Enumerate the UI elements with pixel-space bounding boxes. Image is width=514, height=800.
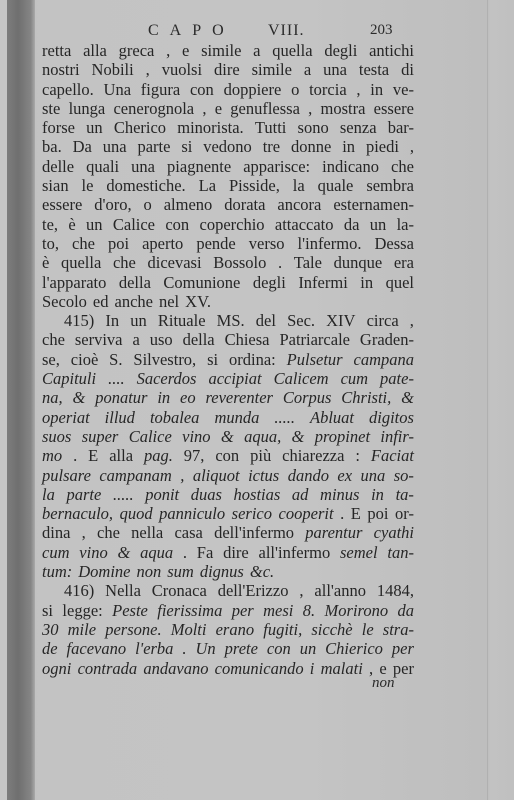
- word: in: [370, 80, 383, 99]
- word: Chierico: [325, 639, 383, 658]
- word: munda: [214, 408, 259, 427]
- word: ,: [202, 99, 206, 118]
- word: dicevasi: [147, 253, 201, 272]
- word: della: [183, 330, 215, 349]
- word: In: [105, 311, 119, 330]
- word: l'erba: [135, 639, 173, 658]
- text-line: na,&ponaturineoreverenterCorpusChristi,&: [42, 388, 414, 407]
- word: di: [401, 60, 414, 79]
- word: tum:: [42, 562, 72, 581]
- word: l'apparato: [42, 273, 106, 292]
- text-line: se,cioèS.Silvestro,siordina:Pulseturcamp…: [42, 350, 414, 369]
- word: parte: [66, 485, 101, 504]
- word: una: [103, 137, 127, 156]
- word: digitos: [369, 408, 414, 427]
- word: ,: [308, 99, 312, 118]
- word: de: [42, 639, 58, 658]
- text-line: dina,chenellacasadell'infermoparenturcya…: [42, 523, 414, 542]
- word: in: [371, 485, 384, 504]
- word: contrada: [78, 659, 138, 678]
- word: Chiesa: [225, 330, 270, 349]
- word: nostri: [42, 60, 80, 79]
- word: ,: [299, 581, 303, 600]
- word: andavano: [143, 659, 208, 678]
- word: anche: [115, 292, 153, 311]
- word: XV.: [185, 292, 211, 311]
- text-line: ognicontradaandavanocomunicandoimalati,e…: [42, 659, 414, 678]
- word: ,: [410, 137, 414, 156]
- word: La: [199, 176, 216, 195]
- word: accipiat: [208, 369, 261, 388]
- word: Una: [104, 80, 132, 99]
- word: Bossolo: [213, 253, 266, 272]
- word: &: [117, 543, 130, 562]
- word: essere: [42, 195, 82, 214]
- word: parte: [137, 137, 170, 156]
- word: la-: [397, 215, 414, 234]
- word: hostias: [234, 485, 281, 504]
- text-line: nostriNobili,vuolsidiresimileaunatestadi: [42, 60, 414, 79]
- text-line: rettaallagreca,esimileaquelladegliantich…: [42, 41, 414, 60]
- word: che: [97, 523, 120, 542]
- word: vuolsi: [162, 60, 202, 79]
- word: antichi: [369, 41, 414, 60]
- paper-fold-line: [487, 0, 488, 800]
- text-line: stelungacenerognola,egenuflessa,mostraes…: [42, 99, 414, 118]
- word: si: [207, 350, 218, 369]
- word: E: [351, 504, 361, 523]
- word: Silvestro,: [133, 350, 196, 369]
- word: che: [113, 253, 136, 272]
- word: circa: [367, 311, 399, 330]
- text-line: cheservivaausodellaChiesaPatriarcaleGrad…: [42, 330, 414, 349]
- word: degli: [324, 41, 357, 60]
- word: Calicem: [274, 369, 329, 388]
- word: Molti: [171, 620, 207, 639]
- word: mesi: [263, 601, 293, 620]
- word: .: [278, 253, 282, 272]
- word: si: [42, 601, 53, 620]
- word: &: [221, 427, 234, 446]
- word: era: [394, 253, 414, 272]
- word: le: [82, 176, 94, 195]
- word: campana: [354, 350, 415, 369]
- word: apparisce:: [243, 157, 310, 176]
- word: mo: [42, 446, 62, 465]
- word: panniculo: [159, 504, 225, 523]
- word: sian: [42, 176, 69, 195]
- word: per: [232, 601, 254, 620]
- word: chiarezza: [282, 446, 344, 465]
- word: &: [401, 388, 414, 407]
- word: poi: [367, 504, 388, 523]
- word: è: [68, 215, 75, 234]
- word: :: [355, 446, 360, 465]
- word: serico: [232, 504, 272, 523]
- word: fierissima: [157, 601, 222, 620]
- word: Peste: [112, 601, 148, 620]
- word: del: [256, 311, 276, 330]
- word: in: [360, 273, 373, 292]
- word: facevano: [67, 639, 127, 658]
- word: Nella: [105, 581, 141, 600]
- text-line: mo.Eallapag.97,conpiùchiarezza:Faciat: [42, 446, 414, 465]
- word: e: [215, 99, 222, 118]
- book-page: CAPO VIII. 203 rettaallagreca,esimileaqu…: [0, 0, 514, 800]
- word: con: [190, 80, 214, 99]
- word: erano: [216, 620, 255, 639]
- word: simile: [252, 60, 292, 79]
- word: lunga: [69, 99, 106, 118]
- word: da: [344, 215, 360, 234]
- word: so-: [394, 466, 414, 485]
- word: donne: [291, 137, 331, 156]
- word: l'infermo.: [298, 234, 362, 253]
- word: minorista.: [177, 118, 243, 137]
- word: degli: [253, 273, 286, 292]
- word: dorata: [224, 195, 265, 214]
- word: essere: [374, 99, 414, 118]
- word: operiat: [42, 408, 90, 427]
- word: più: [250, 446, 271, 465]
- word: ponatur: [95, 388, 147, 407]
- word: ste: [42, 99, 60, 118]
- word: in: [157, 388, 170, 407]
- word: all'anno: [314, 581, 366, 600]
- word: piagnente: [167, 157, 231, 176]
- word: aliquot: [193, 466, 240, 485]
- word: alla: [109, 446, 133, 465]
- word: Christi,: [341, 388, 391, 407]
- catchword: non: [372, 675, 395, 692]
- word: dire: [214, 60, 240, 79]
- word: quale: [318, 176, 354, 195]
- word: simile: [201, 41, 241, 60]
- word: Corpus: [283, 388, 332, 407]
- word: minus: [320, 485, 359, 504]
- word: cioè: [71, 350, 98, 369]
- text-line: dellequaliunapiagnenteapparisce:indicano…: [42, 157, 414, 176]
- word: uso: [150, 330, 173, 349]
- word: nel: [159, 292, 179, 311]
- text-line: l'apparatodellaComunionedegliInfermiinqu…: [42, 273, 414, 292]
- text-line: pulsarecampanam,aliquotictusdandoexunaso…: [42, 466, 414, 485]
- word: Sacerdos: [137, 369, 197, 388]
- word: Fa: [197, 543, 214, 562]
- word: ponit: [145, 485, 179, 504]
- word: un: [300, 639, 317, 658]
- word: un: [130, 311, 147, 330]
- word: ancora: [277, 195, 321, 214]
- word: aqua,: [244, 427, 281, 446]
- word: che: [391, 157, 414, 176]
- word: MS.: [217, 311, 245, 330]
- word: ,: [146, 60, 150, 79]
- word: .....: [113, 485, 134, 504]
- word: XIV: [326, 311, 355, 330]
- word: bar-: [388, 118, 414, 137]
- word: Abluat: [310, 408, 354, 427]
- word: tan-: [387, 543, 414, 562]
- text-line: 416)NellaCronacadell'Erizzo,all'anno1484…: [42, 581, 414, 600]
- word: Calice: [129, 427, 172, 446]
- word: Domine: [78, 562, 130, 581]
- text-line: 30milepersone.Moltieranofugiti,sicchèles…: [42, 620, 414, 639]
- word: pulsare: [42, 466, 91, 485]
- word: che: [72, 234, 95, 253]
- word: a: [132, 330, 139, 349]
- word: suos: [42, 427, 71, 446]
- word: mile: [68, 620, 96, 639]
- word: senza: [340, 118, 377, 137]
- word: &: [72, 388, 85, 407]
- word: prete: [225, 639, 258, 658]
- word: ex: [337, 466, 352, 485]
- word: torcia: [309, 80, 347, 99]
- word: quella: [272, 41, 312, 60]
- word: quali: [86, 157, 119, 176]
- word: super: [82, 427, 119, 446]
- word: 30: [42, 620, 59, 639]
- word: un: [86, 215, 103, 234]
- word: a: [253, 41, 260, 60]
- text-line: operiatilludtobaleamunda.....Abluatdigit…: [42, 408, 414, 427]
- word: Dessa: [375, 234, 414, 253]
- word: dell'Erizzo: [218, 581, 289, 600]
- word: S.: [109, 350, 122, 369]
- word: bernaculo,: [42, 504, 113, 523]
- word: attaccato: [275, 215, 334, 234]
- text-line: SecoloedanchenelXV.: [42, 292, 414, 311]
- word: Capituli: [42, 369, 96, 388]
- text-line: to,chepoiapertopendeversol'infermo.Dessa: [42, 234, 414, 253]
- word: to,: [42, 234, 59, 253]
- word: sembra: [366, 176, 414, 195]
- word: Faciat: [371, 446, 414, 465]
- word: semel: [340, 543, 378, 562]
- word: poi: [108, 234, 129, 253]
- word: alla: [83, 41, 107, 60]
- word: indicano: [322, 157, 379, 176]
- word: infir-: [380, 427, 414, 446]
- word: coperchio: [200, 215, 265, 234]
- word: la: [42, 485, 55, 504]
- word: un: [370, 215, 387, 234]
- word: ve-: [393, 80, 414, 99]
- word: pag.: [144, 446, 173, 465]
- word: Rituale: [158, 311, 206, 330]
- word: casa: [174, 523, 202, 542]
- running-header: CAPO VIII. 203: [40, 22, 420, 42]
- word: genuflessa: [230, 99, 300, 118]
- word: malati: [321, 659, 363, 678]
- word: duas: [191, 485, 222, 504]
- word: ordina:: [229, 350, 276, 369]
- word: è: [42, 253, 49, 272]
- word: or-: [395, 504, 414, 523]
- word: ,: [166, 41, 170, 60]
- word: ,: [82, 523, 86, 542]
- text-line: ba.Daunapartesivedonotredonneinpiedi,: [42, 137, 414, 156]
- word: Comunione: [163, 273, 240, 292]
- word: ogni: [42, 659, 71, 678]
- word: una: [361, 466, 386, 485]
- word: e: [182, 41, 189, 60]
- word: vedono: [203, 137, 252, 156]
- running-title: CAPO: [148, 22, 235, 40]
- word: serviva: [75, 330, 123, 349]
- word: almeno: [164, 195, 213, 214]
- word: persone.: [105, 620, 161, 639]
- word: te,: [42, 215, 58, 234]
- word: con: [165, 215, 189, 234]
- word: se,: [42, 350, 60, 369]
- word: da: [397, 601, 414, 620]
- word: .: [183, 543, 187, 562]
- word: una: [323, 60, 347, 79]
- word: all'infermo: [259, 543, 331, 562]
- word: mostra: [321, 99, 366, 118]
- word: .: [73, 446, 77, 465]
- chapter-number: VIII.: [268, 22, 305, 40]
- text-line: cumvino&aqua.Fadireall'infermosemeltan-: [42, 543, 414, 562]
- word: &c.: [250, 562, 274, 581]
- word: quel: [386, 273, 414, 292]
- word: stra-: [383, 620, 414, 639]
- word: propinet: [315, 427, 370, 446]
- word: vino: [182, 427, 210, 446]
- text-line: bernaculo,quodpanniculosericocooperit.Ep…: [42, 504, 414, 523]
- word: delle: [42, 157, 74, 176]
- text-line: suossuperCalicevino&aqua,&propinetinfir-: [42, 427, 414, 446]
- word: eo: [180, 388, 196, 407]
- word: 97,: [184, 446, 205, 465]
- word: Calice: [113, 215, 155, 234]
- word: Pulsetur: [287, 350, 343, 369]
- word: dunque: [334, 253, 383, 272]
- word: o: [291, 80, 299, 99]
- word: aperto: [142, 234, 183, 253]
- word: Un: [196, 639, 216, 658]
- word: Patriarcale: [279, 330, 350, 349]
- word: con: [267, 639, 291, 658]
- word: dignus: [200, 562, 244, 581]
- word: non: [137, 562, 162, 581]
- word: della: [119, 273, 151, 292]
- word: greca: [119, 41, 155, 60]
- word: cum: [42, 543, 70, 562]
- word: una: [131, 157, 155, 176]
- word: dina: [42, 523, 70, 542]
- word: ,: [410, 311, 414, 330]
- word: Da: [73, 137, 92, 156]
- word: nella: [131, 523, 163, 542]
- word: Cronaca: [152, 581, 207, 600]
- word: Pisside,: [229, 176, 280, 195]
- word: piedi: [366, 137, 399, 156]
- word: cooperit: [279, 504, 334, 523]
- word: Secolo: [42, 292, 87, 311]
- word: Graden-: [360, 330, 414, 349]
- word: Cherico: [114, 118, 166, 137]
- word: .: [340, 504, 344, 523]
- word: illud: [105, 408, 135, 427]
- word: .: [182, 639, 186, 658]
- word: retta: [42, 41, 71, 60]
- word: 1484,: [377, 581, 414, 600]
- word: quella: [61, 253, 101, 272]
- text-line: sianledomestiche.LaPisside,laqualesembra: [42, 176, 414, 195]
- word: d'oro,: [94, 195, 131, 214]
- word: legge:: [62, 601, 102, 620]
- text-line: silegge:Pestefierissimapermesi8.Morirono…: [42, 601, 414, 620]
- word: un: [86, 118, 103, 137]
- text-line: laparte.....ponitduashostiasadminusinta-: [42, 485, 414, 504]
- word: ,: [180, 466, 184, 485]
- word: dire: [223, 543, 249, 562]
- word: a: [304, 60, 311, 79]
- word: capello.: [42, 80, 94, 99]
- word: quod: [120, 504, 153, 523]
- word: ad: [292, 485, 309, 504]
- word: ba.: [42, 137, 62, 156]
- word: con: [215, 446, 239, 465]
- page-number: 203: [370, 22, 393, 39]
- word: forse: [42, 118, 75, 137]
- word: cenerognola: [113, 99, 194, 118]
- word: 415): [64, 311, 94, 330]
- word: ,: [356, 80, 360, 99]
- word: domestiche.: [106, 176, 185, 195]
- word: E: [88, 446, 98, 465]
- text-line: èquellachedicevasiBossolo.Taledunqueera: [42, 253, 414, 272]
- word: Tutti: [255, 118, 287, 137]
- word: per: [392, 639, 414, 658]
- word: in: [342, 137, 355, 156]
- text-line: Capituli....SacerdosaccipiatCalicemcumpa…: [42, 369, 414, 388]
- word: pende: [196, 234, 235, 253]
- word: che: [42, 330, 65, 349]
- word: parentur: [305, 523, 362, 542]
- word: Sec.: [287, 311, 315, 330]
- text-line: defacevanol'erba.UnpreteconunChiericoper: [42, 639, 414, 658]
- word: .....: [274, 408, 295, 427]
- word: sono: [298, 118, 329, 137]
- word: per: [393, 659, 414, 678]
- word: i: [310, 659, 315, 678]
- word: comunicando: [215, 659, 304, 678]
- word: Nobili: [92, 60, 134, 79]
- word: tre: [263, 137, 280, 156]
- word: &: [292, 427, 305, 446]
- word: Morirono: [325, 601, 389, 620]
- word: vino: [79, 543, 107, 562]
- text-line: essered'oro,oalmenodorataancoraestername…: [42, 195, 414, 214]
- word: ictus: [248, 466, 279, 485]
- word: esternamen-: [333, 195, 414, 214]
- word: ....: [108, 369, 125, 388]
- word: campanam: [99, 466, 171, 485]
- word: 416): [64, 581, 94, 600]
- word: le: [362, 620, 374, 639]
- word: verso: [249, 234, 285, 253]
- word: o: [144, 195, 152, 214]
- text-line: capello.Unafiguracondoppiereotorcia,inve…: [42, 80, 414, 99]
- word: dell'infermo: [214, 523, 294, 542]
- word: tobalea: [150, 408, 200, 427]
- word: reverenter: [205, 388, 273, 407]
- word: Infermi: [298, 273, 347, 292]
